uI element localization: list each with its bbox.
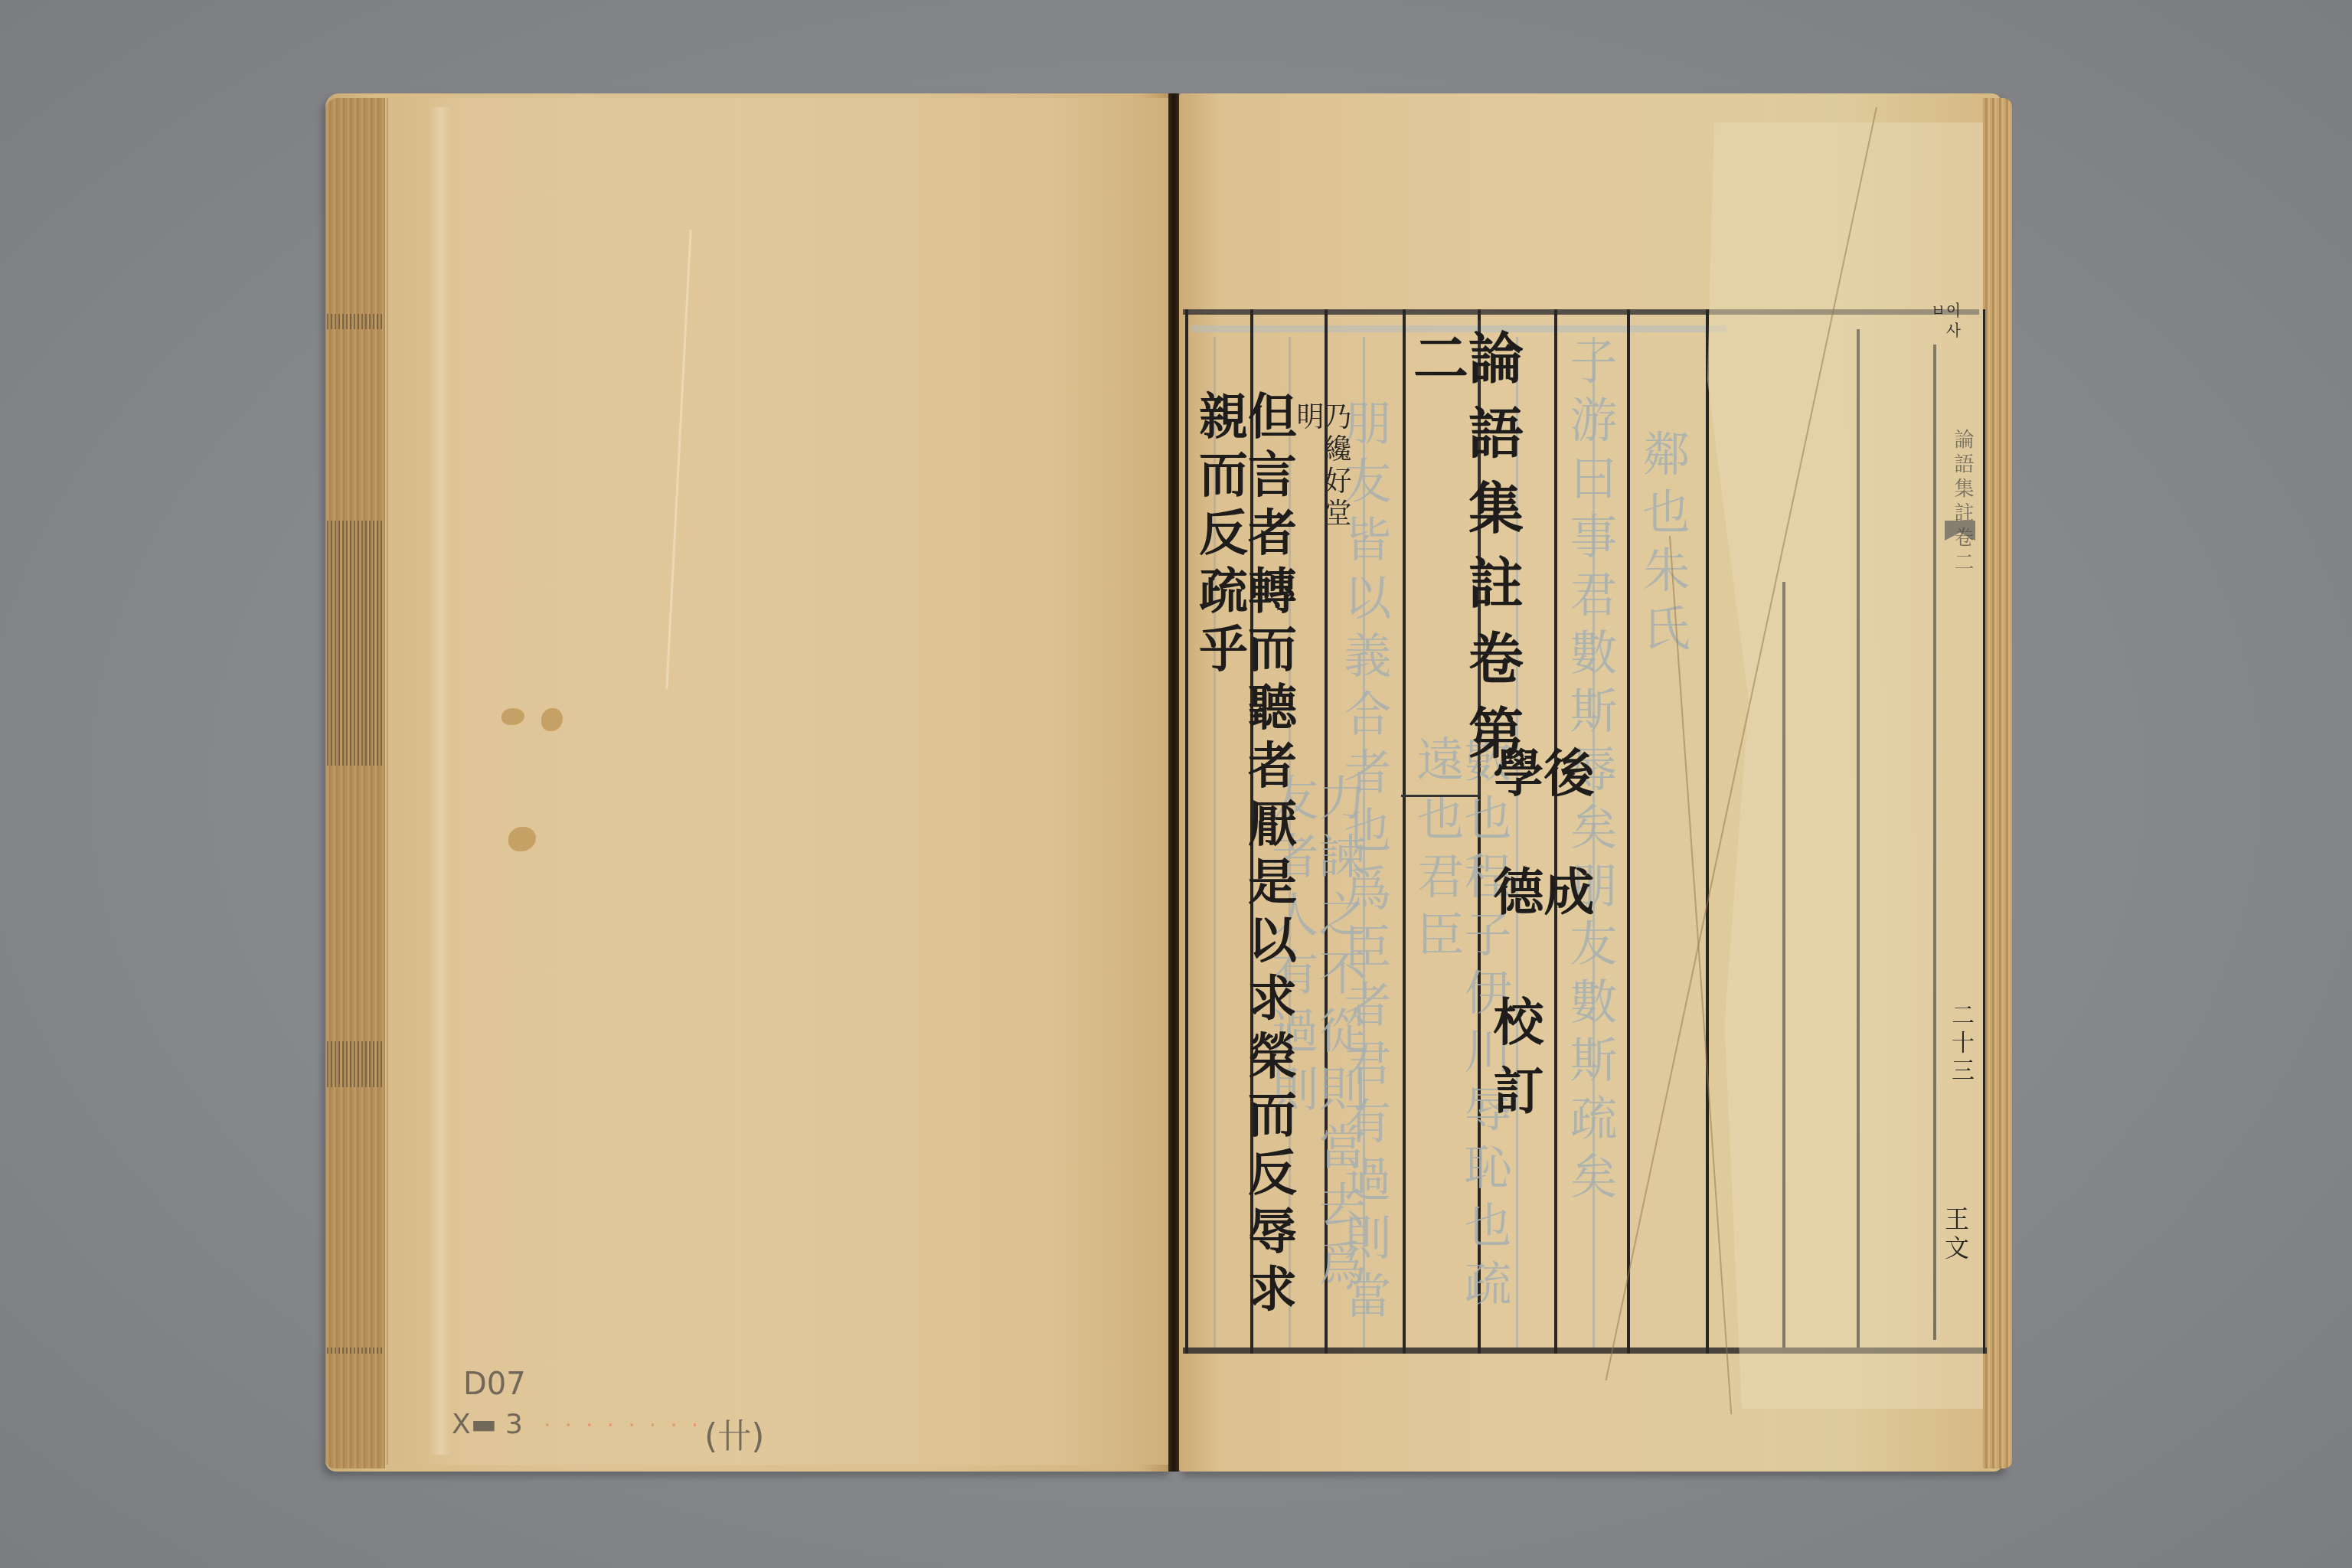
column-rule [1983, 309, 1985, 1354]
call-number-note: D07 [463, 1367, 526, 1402]
editor-action-jiao: 校 [1489, 995, 1540, 1049]
ghost-text-column: 鄰也朱氏 [1638, 429, 1686, 812]
volume-title: 論語集註卷第二 [1409, 329, 1519, 804]
editor-label-houxue: 後學 [1489, 746, 1590, 846]
margin-handwritten-note: 이사ㅂ [1929, 302, 1960, 356]
call-number-note-2: X▬ 3 [452, 1409, 523, 1440]
column-rule [1706, 309, 1709, 1354]
left-blank-leaf [387, 98, 1169, 1465]
annotation-small: 乃纔好堂明 [1294, 402, 1349, 555]
column-rule [1627, 309, 1630, 1354]
carver-name: 王文 [1943, 1206, 1968, 1275]
red-stamp-mark: ········ [544, 1413, 712, 1439]
leaf-fold-highlight [429, 107, 452, 1455]
volume-mark: (卄) [704, 1409, 764, 1458]
page-number: 二十三 [1949, 1003, 1971, 1087]
fore-edge-ink-mark [327, 314, 384, 329]
fore-edge-title: 論語集註卷二 [1952, 429, 1972, 597]
open-book: D07 X▬ 3 ········ (卄) 力諫之不從則當去爲友者人有過則 朋友… [0, 0, 2352, 1568]
fore-edge-ink-mark [327, 1347, 384, 1354]
fore-edge-ink-mark [327, 521, 384, 766]
book-gutter [1168, 93, 1179, 1472]
editor-action-ding: 訂 [1489, 1064, 1540, 1118]
editor-name: 成德 [1489, 865, 1590, 972]
ink-text-column: 但言者轉而聽者厭是以求榮而反辱求親而反疏乎 [1194, 390, 1292, 1340]
right-fore-edge [1983, 98, 2012, 1468]
fore-edge-ink-mark [327, 1041, 384, 1087]
column-rule [1185, 309, 1188, 1354]
left-fore-edge [325, 98, 385, 1468]
